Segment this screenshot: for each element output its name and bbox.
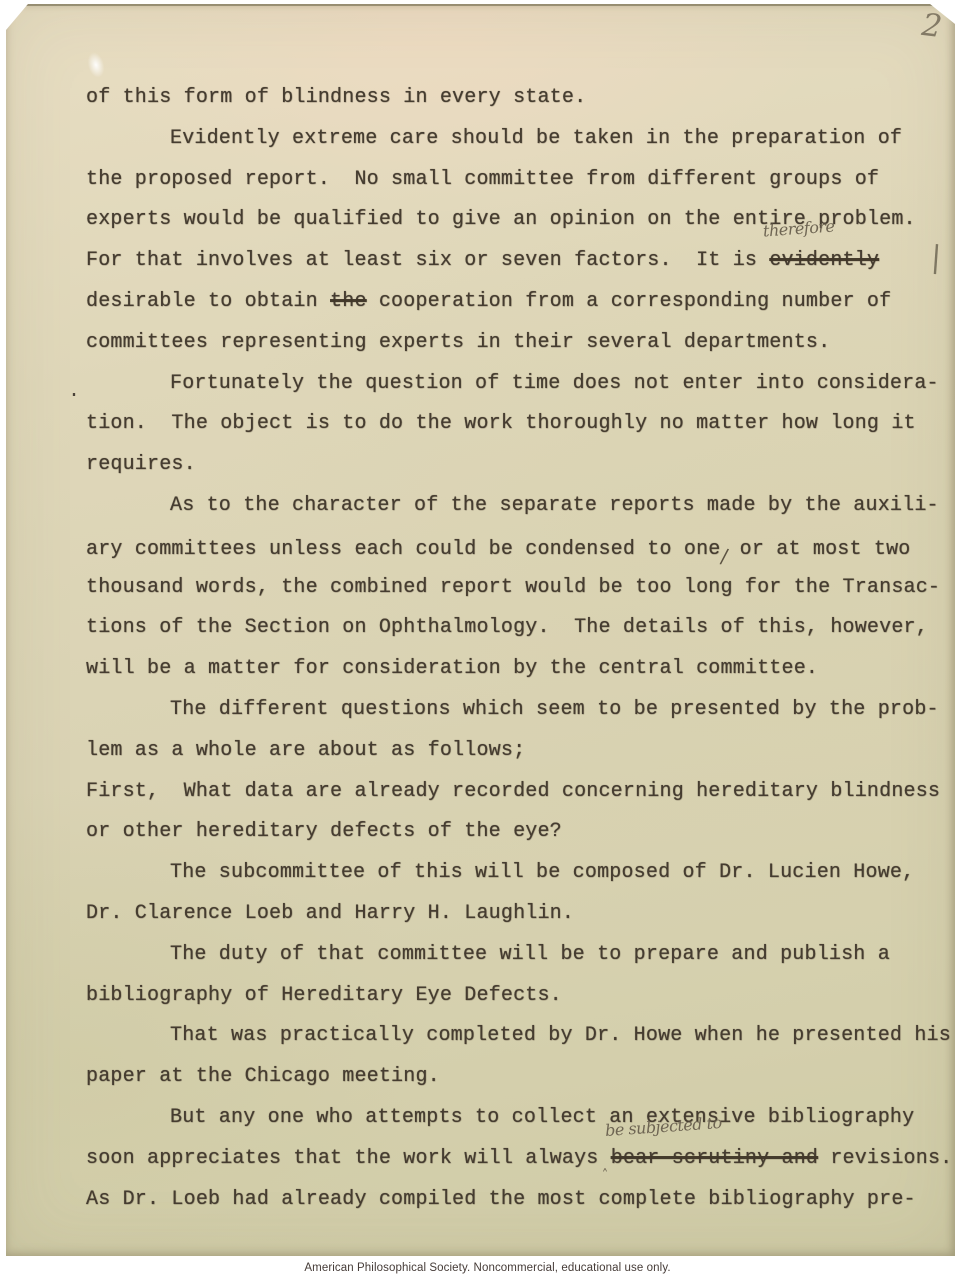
- insertion-caret: ˄: [602, 1169, 609, 1182]
- typewritten-line: For that involves at least six or seven …: [86, 241, 929, 282]
- typewritten-line: Dr. Clarence Loeb and Harry H. Laughlin.: [86, 894, 929, 935]
- typewritten-line: lem as a whole are about as follows;: [86, 731, 929, 772]
- typed-text: or at most two: [727, 538, 910, 561]
- typewritten-line: But any one who attempts to collect an e…: [86, 1098, 929, 1139]
- typewritten-line: desirable to obtain the cooperation from…: [86, 282, 929, 323]
- document-page: 2 | . of this form of blindness in every…: [6, 4, 955, 1256]
- struck-text: the: [330, 290, 367, 313]
- struck-text: evidently: [769, 249, 879, 272]
- typed-text: revisions.: [818, 1147, 952, 1170]
- typed-text: soon appreciates that the work will alwa…: [86, 1147, 611, 1170]
- typewritten-line: As Dr. Loeb had already compiled the mos…: [86, 1180, 929, 1221]
- typed-text: thousand words, the combined report woul…: [86, 576, 940, 599]
- typed-text: The subcommittee of this will be compose…: [170, 861, 914, 884]
- typed-text: lem as a whole are about as follows;: [86, 739, 525, 762]
- typed-text: desirable to obtain: [86, 290, 330, 313]
- typed-text: will be a matter for consideration by th…: [86, 657, 818, 680]
- typed-text: But any one who attempts to collect an e…: [170, 1106, 914, 1129]
- typewritten-line: The duty of that committee will be to pr…: [86, 935, 929, 976]
- typed-text: tion. The object is to do the work thoro…: [86, 412, 916, 435]
- typed-text: For that involves at least six or seven …: [86, 249, 769, 272]
- typewritten-line: Evidently extreme care should be taken i…: [86, 119, 929, 160]
- typed-text: the proposed report. No small committee …: [86, 168, 879, 191]
- typewritten-line: requires.: [86, 445, 929, 486]
- typed-text: The duty of that committee will be to pr…: [170, 943, 890, 966]
- typewritten-line: or other hereditary defects of the eye?: [86, 812, 929, 853]
- page-number: 2: [920, 7, 944, 45]
- typewritten-line: First, What data are already recorded co…: [86, 772, 929, 813]
- typed-text: That was practically completed by Dr. Ho…: [170, 1024, 951, 1047]
- struck-text: bear scrutiny and: [611, 1147, 818, 1170]
- typewritten-line: Fortunately the question of time does no…: [86, 364, 929, 405]
- annotated-text: be subjected to˄bear scrutiny and: [611, 1139, 818, 1180]
- typed-text: As to the character of the separate repo…: [170, 494, 939, 517]
- typewritten-line: bibliography of Hereditary Eye Defects.: [86, 976, 929, 1017]
- stray-ink-dot: .: [68, 380, 80, 403]
- typed-text: Fortunately the question of time does no…: [170, 372, 939, 395]
- typewritten-line: The subcommittee of this will be compose…: [86, 853, 929, 894]
- typed-text: First, What data are already recorded co…: [86, 780, 940, 803]
- typewritten-line: committees representing experts in their…: [86, 323, 929, 364]
- pencil-margin-mark: |: [930, 240, 943, 276]
- typewritten-line: soon appreciates that the work will alwa…: [86, 1139, 929, 1180]
- annotated-text: thereforeevidently: [769, 241, 879, 282]
- text-block: of this form of blindness in every state…: [86, 78, 929, 1220]
- scanned-document: 2 | . of this form of blindness in every…: [0, 0, 975, 1279]
- typed-text: ary committees unless each could be cond…: [86, 538, 721, 561]
- typewritten-line: of this form of blindness in every state…: [86, 78, 929, 119]
- typed-text: paper at the Chicago meeting.: [86, 1065, 440, 1088]
- scan-glare-spot: [85, 50, 107, 79]
- typewritten-line: That was practically completed by Dr. Ho…: [86, 1016, 929, 1057]
- typewritten-line: The different questions which seem to be…: [86, 690, 929, 731]
- typewritten-line: thousand words, the combined report woul…: [86, 568, 929, 609]
- typewritten-line: tions of the Section on Ophthalmology. T…: [86, 608, 929, 649]
- typed-text: bibliography of Hereditary Eye Defects.: [86, 984, 562, 1007]
- typed-text: The different questions which seem to be…: [170, 698, 939, 721]
- typewritten-line: will be a matter for consideration by th…: [86, 649, 929, 690]
- typewritten-line: the proposed report. No small committee …: [86, 160, 929, 201]
- typewritten-line: tion. The object is to do the work thoro…: [86, 404, 929, 445]
- typed-text: requires.: [86, 453, 196, 476]
- typed-text: Evidently extreme care should be taken i…: [170, 127, 902, 150]
- typed-text: cooperation from a corresponding number …: [367, 290, 892, 313]
- typed-text: or other hereditary defects of the eye?: [86, 820, 562, 843]
- typed-text: of this form of blindness in every state…: [86, 86, 586, 109]
- typed-text: As Dr. Loeb had already compiled the mos…: [86, 1188, 916, 1211]
- footer-bar: American Philosophical Society. Noncomme…: [0, 1256, 975, 1279]
- typewritten-line: As to the character of the separate repo…: [86, 486, 929, 527]
- typed-text: committees representing experts in their…: [86, 331, 830, 354]
- typewritten-line: ary committees unless each could be cond…: [86, 527, 929, 568]
- typed-text: tions of the Section on Ophthalmology. T…: [86, 616, 928, 639]
- typed-text: Dr. Clarence Loeb and Harry H. Laughlin.: [86, 902, 574, 925]
- typewritten-line: paper at the Chicago meeting.: [86, 1057, 929, 1098]
- footer-caption: American Philosophical Society. Noncomme…: [304, 1262, 670, 1274]
